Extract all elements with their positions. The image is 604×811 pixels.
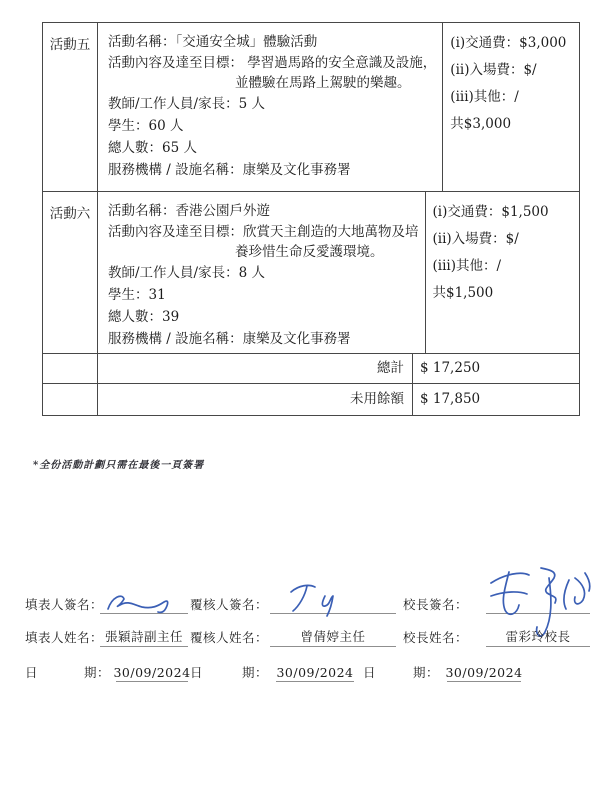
- preparer-name-label: 填表人姓名：: [25, 628, 103, 646]
- reviewer-name-text: 曾倩婷主任: [300, 627, 365, 645]
- preparer-name-value: 張穎詩副主任: [100, 627, 188, 647]
- activity6-fee-transport: (i)交通費：$1,500: [433, 199, 588, 226]
- principal-date-value: 30/09/2024: [447, 662, 521, 682]
- activity5-label: 活動五: [50, 37, 91, 53]
- activity6-goal-line2: 養珍惜生命反愛護環境。: [235, 242, 419, 262]
- activity5-goal-line1: 活動內容及達至目標： 學習過馬路的安全意識及設施，: [108, 53, 436, 73]
- activity6-fee-total: 共$1,500: [433, 280, 588, 307]
- preparer-date-day: 日: [25, 663, 38, 681]
- activity5-label-cell: 活動五: [43, 23, 98, 191]
- principal-signature-label: 校長簽名：: [403, 595, 468, 613]
- unused-balance-empty-cell: [43, 384, 98, 415]
- activity-plan-table: 活動五 活動名稱：「交通安全城」體驗活動 活動內容及達至目標： 學習過馬路的安全…: [42, 22, 580, 416]
- activity6-name: 活動名稱：香港公園戶外遊: [108, 200, 419, 222]
- activity5-fee-total: 共$3,000: [450, 111, 604, 138]
- principal-date-label: 日 期：: [363, 663, 439, 681]
- preparer-signature-label: 填表人簽名：: [25, 595, 103, 613]
- activity5-row: 活動五 活動名稱：「交通安全城」體驗活動 活動內容及達至目標： 學習過馬路的安全…: [43, 23, 579, 191]
- preparer-name-text: 張穎詩副主任: [105, 627, 183, 645]
- preparer-date-text: 30/09/2024: [113, 665, 190, 680]
- grand-total-label: 總計: [98, 354, 412, 383]
- activity6-fee-admission: (ii)入場費：$/: [433, 226, 588, 253]
- reviewer-name-label: 覆核人姓名：: [190, 628, 268, 646]
- activity5-staff: 教師/工作人員/家長：5 人: [108, 93, 436, 115]
- grand-total-value: $ 17,250: [412, 354, 579, 383]
- activity5-headcount: 總人數：65 人: [108, 137, 436, 159]
- reviewer-date-label: 日 期：: [190, 663, 268, 681]
- activity5-fee-other: (iii)其他：/: [450, 84, 604, 111]
- activity5-details-cell: 活動名稱：「交通安全城」體驗活動 活動內容及達至目標： 學習過馬路的安全意識及設…: [98, 23, 442, 191]
- principal-date-qi: 期：: [413, 663, 439, 681]
- activity6-students: 學生：31: [108, 284, 419, 306]
- activity6-label-cell: 活動六: [43, 192, 98, 353]
- preparer-date-label: 日 期：: [25, 663, 110, 681]
- principal-name-label: 校長姓名：: [403, 628, 468, 646]
- principal-date-day: 日: [363, 663, 376, 681]
- reviewer-date-day: 日: [190, 663, 203, 681]
- preparer-date-qi: 期：: [84, 663, 110, 681]
- reviewer-date-text: 30/09/2024: [276, 665, 353, 680]
- activity6-headcount: 總人數：39: [108, 306, 419, 328]
- activity6-staff: 教師/工作人員/家長：8 人: [108, 262, 419, 284]
- reviewer-name-value: 曾倩婷主任: [270, 627, 396, 647]
- activity6-label: 活動六: [50, 206, 91, 222]
- activity6-fee-other: (iii)其他：/: [433, 253, 588, 280]
- preparer-date-value: 30/09/2024: [116, 662, 188, 682]
- scanned-activity-plan-page: 活動五 活動名稱：「交通安全城」體驗活動 活動內容及達至目標： 學習過馬路的安全…: [0, 0, 604, 811]
- signature-footnote: *全份活動計劃只需在最後一頁簽署: [33, 456, 204, 471]
- activity6-provider: 服務機構 / 設施名稱：康樂及文化事務署: [108, 328, 419, 350]
- activity5-fee-transport: (i)交通費：$3,000: [450, 30, 604, 57]
- reviewer-date-qi: 期：: [242, 663, 268, 681]
- activity5-fees-cell: (i)交通費：$3,000 (ii)入場費：$/ (iii)其他：/ 共$3,0…: [442, 23, 604, 191]
- activity6-details-cell: 活動名稱：香港公園戶外遊 活動內容及達至目標：欣賞天主創造的大地萬物及培 養珍惜…: [98, 192, 425, 353]
- principal-name-value: 雷彩玲校長: [486, 627, 590, 647]
- principal-name-text: 雷彩玲校長: [505, 627, 570, 645]
- grand-total-empty-cell: [43, 354, 98, 383]
- activity5-fee-admission: (ii)入場費：$/: [450, 57, 604, 84]
- unused-balance-value: $ 17,850: [412, 384, 579, 415]
- activity5-provider: 服務機構 / 設施名稱：康樂及文化事務署: [108, 159, 436, 181]
- unused-balance-label: 未用餘額: [98, 384, 412, 415]
- activity5-students: 學生：60 人: [108, 115, 436, 137]
- principal-date-text: 30/09/2024: [445, 665, 522, 680]
- activity6-fees-cell: (i)交通費：$1,500 (ii)入場費：$/ (iii)其他：/ 共$1,5…: [425, 192, 592, 353]
- reviewer-signature-label: 覆核人簽名：: [190, 595, 268, 613]
- activity6-goal-line1: 活動內容及達至目標：欣賞天主創造的大地萬物及培: [108, 222, 419, 242]
- activity5-name: 活動名稱：「交通安全城」體驗活動: [108, 31, 436, 53]
- reviewer-signature-ink: [285, 580, 375, 620]
- activity5-goal-line2: 並體驗在馬路上駕駛的樂趣。: [235, 73, 436, 93]
- activity6-row: 活動六 活動名稱：香港公園戶外遊 活動內容及達至目標：欣賞天主創造的大地萬物及培…: [43, 191, 579, 353]
- reviewer-date-value: 30/09/2024: [276, 662, 354, 682]
- unused-balance-row: 未用餘額 $ 17,850: [43, 383, 579, 415]
- grand-total-row: 總計 $ 17,250: [43, 353, 579, 383]
- preparer-signature-ink: [100, 585, 190, 617]
